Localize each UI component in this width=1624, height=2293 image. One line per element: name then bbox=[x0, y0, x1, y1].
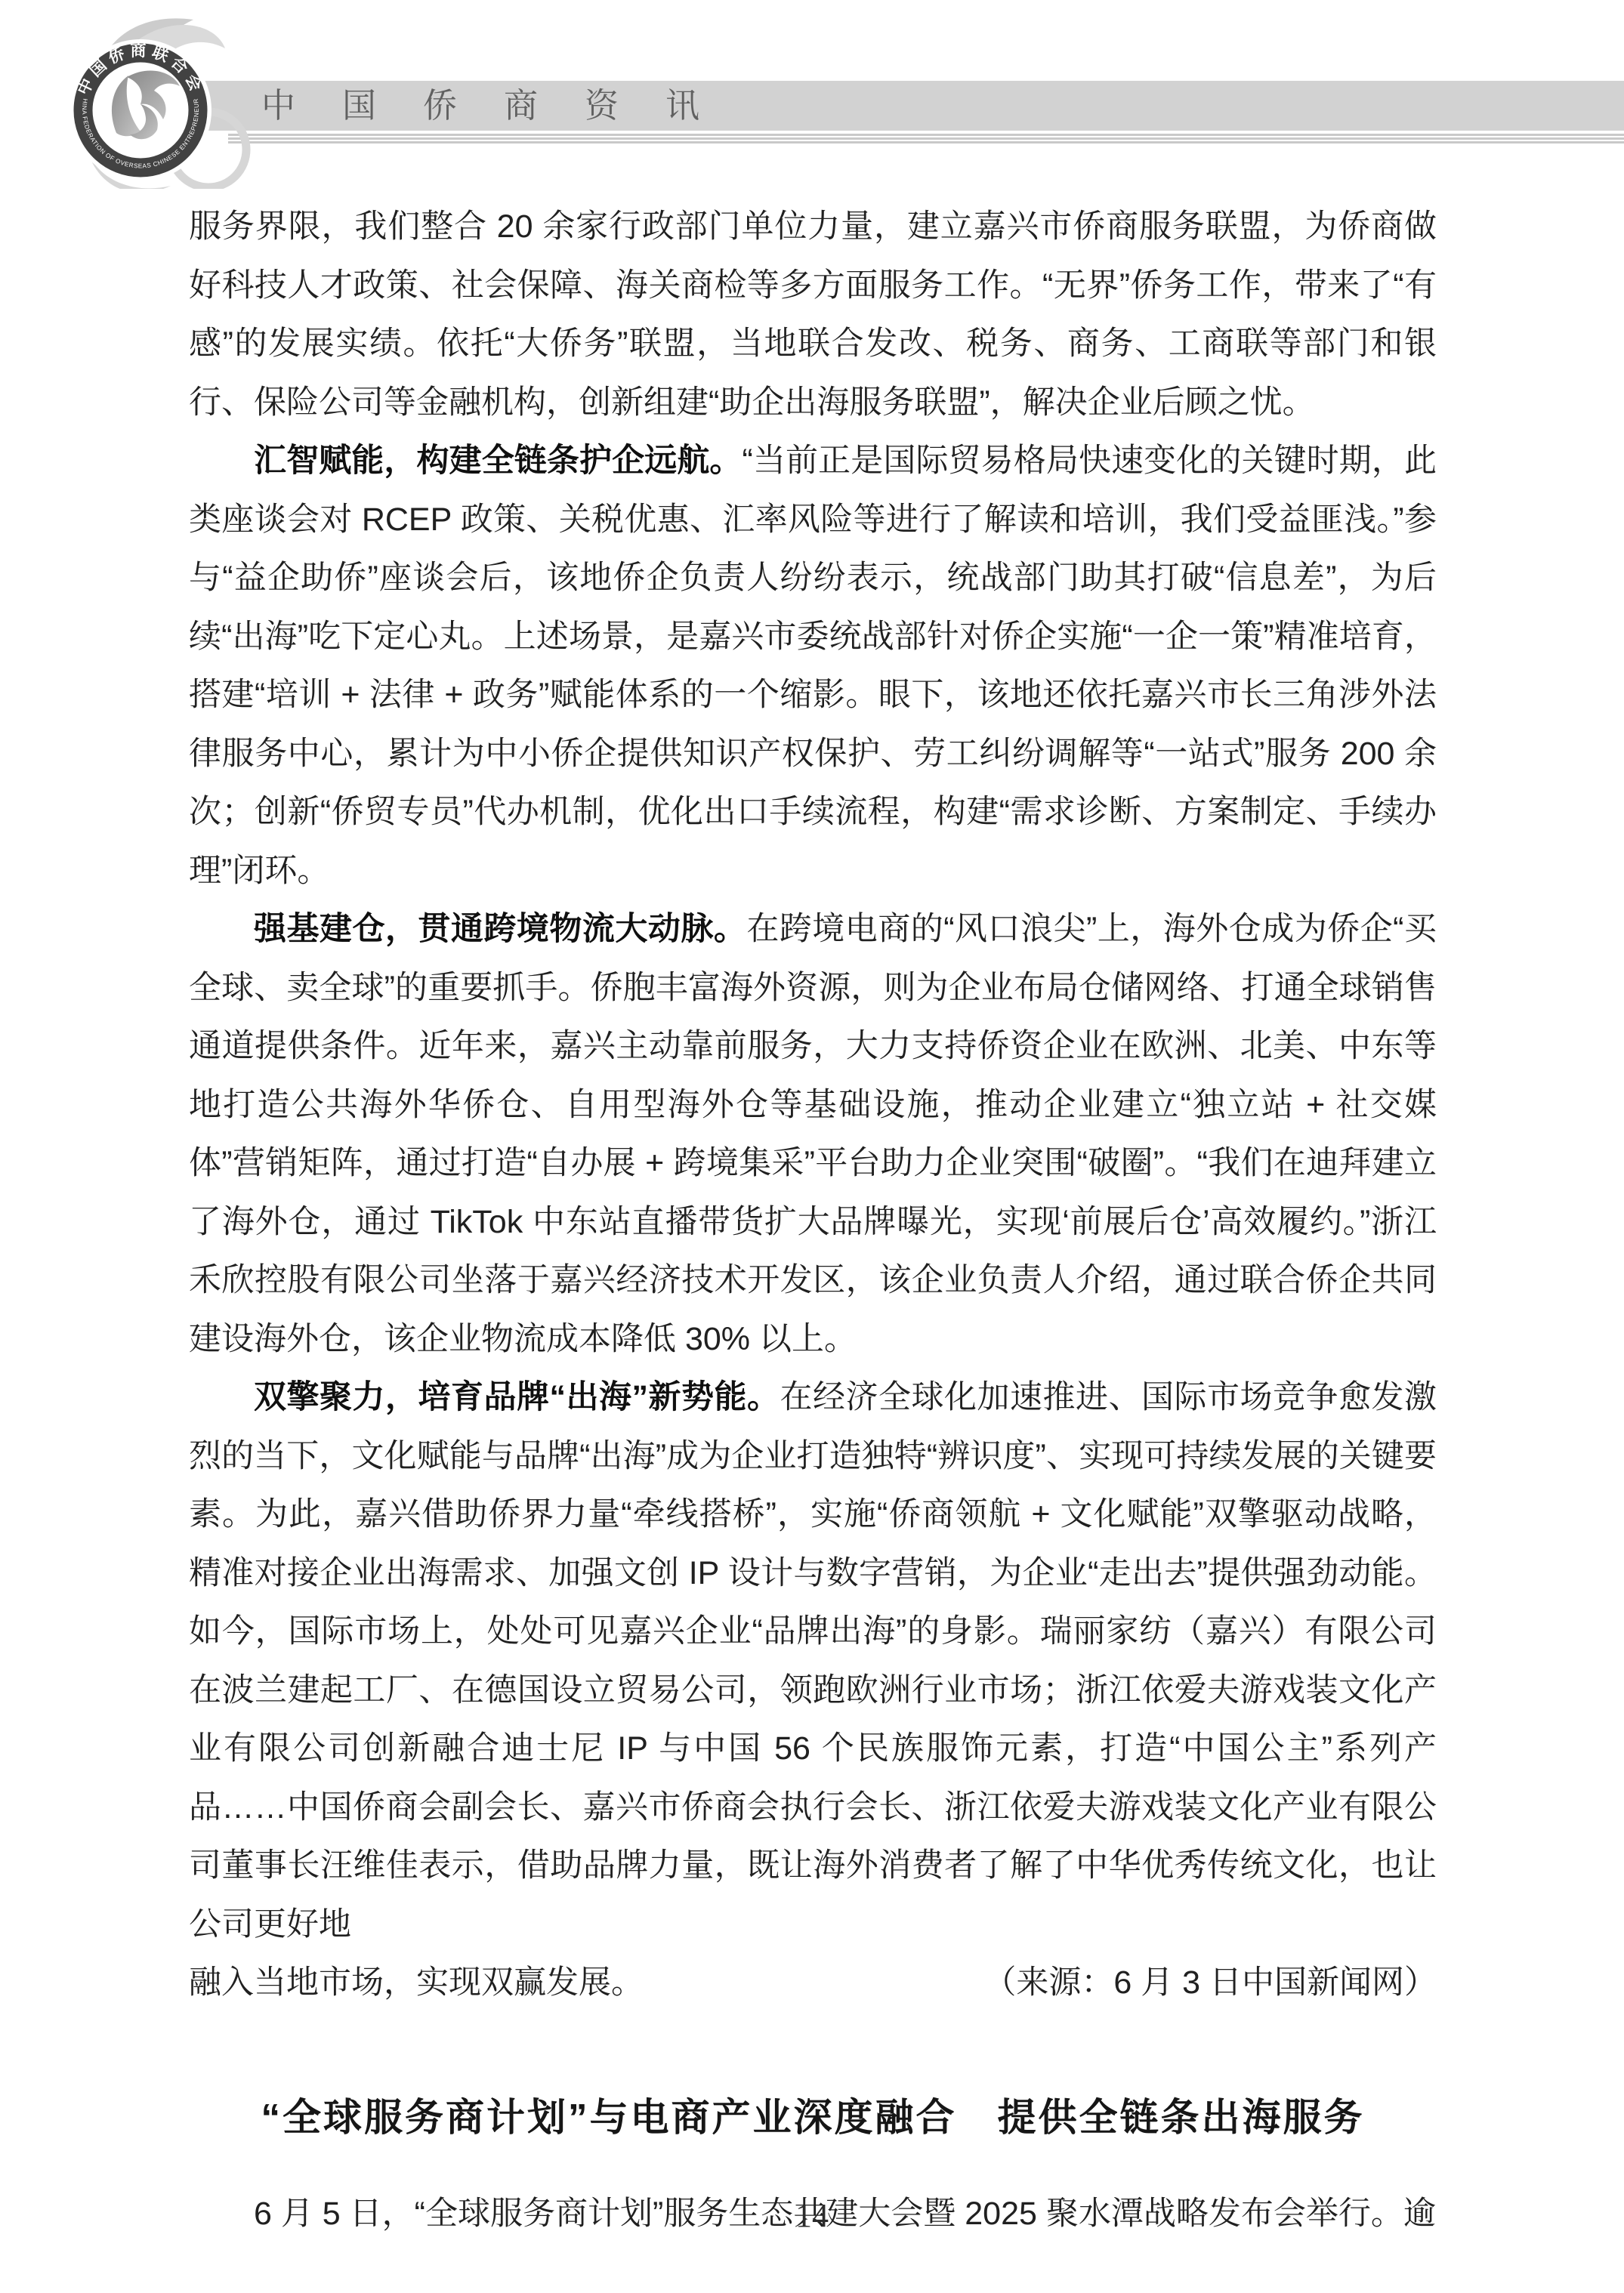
page-number: 14 bbox=[0, 2196, 1624, 2235]
org-logo: 中国侨商联合会 CHINA FEDERATION OF OVERSEAS CHI… bbox=[20, 5, 272, 189]
article-body: 服务界限，我们整合 20 余家行政部门单位力量，建立嘉兴市侨商服务联盟，为侨商做… bbox=[189, 198, 1437, 2243]
paragraph-4-lead: 双擎聚力，培育品牌“出海”新势能。 bbox=[254, 1379, 780, 1415]
paragraph-2-text: “当前正是国际贸易格局快速变化的关键时期，此类座谈会对 RCEP 政策、关税优惠… bbox=[189, 443, 1437, 889]
banner-decor-lines bbox=[228, 134, 1624, 144]
paragraph-4-text: 在经济全球化加速推进、国际市场竞争愈发激烈的当下，文化赋能与品牌“出海”成为企业… bbox=[189, 1379, 1437, 1943]
paragraph-3-text: 在跨境电商的“风口浪尖”上，海外仓成为侨企“买全球、卖全球”的重要抓手。侨胞丰富… bbox=[189, 911, 1437, 1357]
paragraph-1: 服务界限，我们整合 20 余家行政部门单位力量，建立嘉兴市侨商服务联盟，为侨商做… bbox=[189, 198, 1437, 432]
header-banner: 中国侨商资讯 bbox=[195, 81, 1624, 131]
paragraph-3-lead: 强基建仓，贯通跨境物流大动脉。 bbox=[254, 911, 746, 947]
closing-line-text: 融入当地市场，实现双赢发展。 bbox=[189, 1954, 644, 2013]
banner-title: 中国侨商资讯 bbox=[195, 81, 1624, 131]
article2-title: “全球服务商计划”与电商产业深度融合 提供全链条出海服务 bbox=[189, 2090, 1437, 2146]
page: 中国侨商资讯 中国侨商联合会 CHINA FEDERATI bbox=[0, 0, 1624, 2293]
closing-line-row: 融入当地市场，实现双赢发展。 （来源：6 月 3 日中国新闻网） bbox=[189, 1954, 1437, 2013]
paragraph-4: 双擎聚力，培育品牌“出海”新势能。在经济全球化加速推进、国际市场竞争愈发激烈的当… bbox=[189, 1369, 1437, 1954]
paragraph-1-text: 服务界限，我们整合 20 余家行政部门单位力量，建立嘉兴市侨商服务联盟，为侨商做… bbox=[189, 208, 1437, 421]
source-credit: （来源：6 月 3 日中国新闻网） bbox=[983, 1954, 1437, 2013]
paragraph-2: 汇智赋能，构建全链条护企远航。“当前正是国际贸易格局快速变化的关键时期，此类座谈… bbox=[189, 432, 1437, 900]
paragraph-3: 强基建仓，贯通跨境物流大动脉。在跨境电商的“风口浪尖”上，海外仓成为侨企“买全球… bbox=[189, 900, 1437, 1369]
paragraph-2-lead: 汇智赋能，构建全链条护企远航。 bbox=[254, 443, 743, 479]
